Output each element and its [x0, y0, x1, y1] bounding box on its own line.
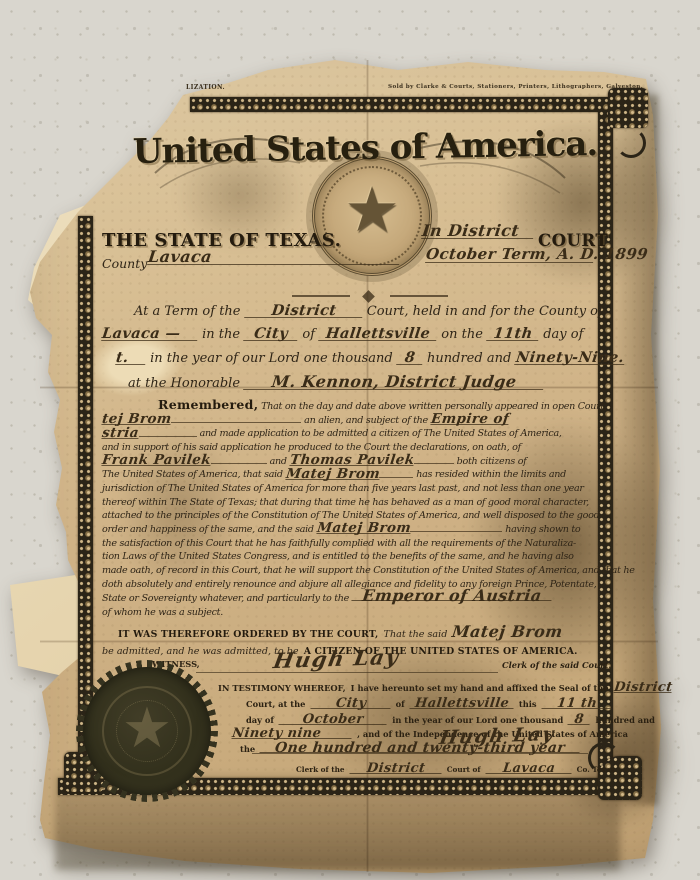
printed-text: an alien, and subject of the [304, 415, 428, 426]
day-handwritten: 11th [486, 327, 540, 341]
body-line: order and happiness of the same, and the… [102, 523, 610, 537]
printed-text: and [270, 456, 287, 467]
court-name-handwritten: District [244, 304, 364, 318]
city-name-handwritten: Hallettsville [318, 327, 438, 341]
witness-name-handwritten: Frank Pavilek [101, 456, 211, 466]
empire-handwritten: Empire of [430, 415, 509, 425]
district-handwritten: District [613, 684, 673, 693]
clerk-of-court-label: Clerk of the said Court. [502, 660, 611, 670]
printed-text: hundred and [427, 351, 511, 366]
state-of-texas-heading: THE STATE OF TEXAS. [102, 230, 341, 251]
printed-text: in the year of our Lord one thousand [150, 351, 393, 366]
applicant-name-handwritten: Matej Brom [316, 524, 411, 534]
body-line: The United States of America, that said … [102, 468, 610, 482]
clerk-signature: Hugh Lay [272, 648, 401, 671]
printed-text: tion Laws of the United States Congress,… [102, 551, 574, 562]
county-label: County [102, 256, 147, 271]
form-title-fragment: LIZATION. [186, 84, 225, 91]
border-band-top [190, 97, 618, 112]
body-line: of whom he was a subject. [102, 606, 610, 620]
body-line: tej Brom an alien, and subject of the Em… [102, 414, 610, 428]
month-fragment-handwritten: t. [115, 351, 147, 365]
printed-text: both citizens of [457, 456, 527, 467]
city-word-handwritten: City [243, 327, 299, 341]
printed-text: having shown to [505, 524, 580, 535]
district-court-seal: ★ [76, 660, 218, 802]
printed-text: order and happiness of the same, and the… [102, 524, 314, 535]
photographed-document: LIZATION. Sold by Clarke & Courts, Stati… [0, 0, 700, 880]
applicant-name-handwritten: Matej Brom [285, 470, 380, 480]
body-line: made oath, of record in this Court, that… [102, 564, 610, 578]
preamble-line: At a Term of the District Court, held in… [134, 304, 603, 319]
county-handwritten: Lavaca [485, 765, 572, 774]
printed-text: The United States of America, that said [102, 470, 283, 481]
body-paragraph: Remembered, That on the day and date abo… [102, 398, 610, 619]
printed-text: day of [543, 327, 583, 342]
printed-text: Clerk of the [296, 765, 345, 774]
clerk-signature-bottom: Hugh Lay [438, 726, 556, 747]
printed-text: and made application to be admitted a ci… [200, 429, 562, 440]
printed-text: at the Honorable [128, 376, 240, 391]
preamble-line: t. in the year of our Lord one thousand … [116, 351, 625, 366]
body-line: jurisdiction of The United States of Ame… [102, 482, 610, 496]
emperor-of-austria-handwritten: Emperor of Austria [351, 591, 552, 601]
border-corner-top-right [602, 88, 654, 168]
remembered-word: Remembered, [158, 397, 258, 412]
preamble-line: at the Honorable M. Kennon, District Jud… [128, 375, 544, 391]
signature-rule [272, 672, 498, 673]
printed-text: At a Term of the [134, 304, 241, 319]
term-value-handwritten: October Term, A. D. 1899 [425, 248, 595, 263]
body-line: tion Laws of the United States Congress,… [102, 550, 610, 564]
printed-text: of [302, 327, 315, 342]
printed-text: Co. Texas. [577, 765, 618, 774]
printed-text: the satisfaction of this Court that he h… [102, 538, 576, 549]
court-type-handwritten: In District [421, 224, 535, 239]
printed-text: on the [441, 327, 483, 342]
document-title: United States of America. [130, 124, 601, 172]
signature-rule [252, 753, 588, 754]
printed-text: be admitted, and he was admitted, to be [102, 646, 299, 657]
printed-text: Court, held in and for the County of [367, 304, 603, 319]
year-handwritten: Ninety-Nine. [515, 351, 627, 365]
preamble-line: Lavaca — in the City of Hallettsville on… [102, 327, 583, 342]
witness-name-handwritten: Thomas Pavilek [289, 456, 415, 466]
printed-text: made oath, of record in this Court, that… [102, 565, 635, 576]
body-line: Remembered, That on the day and date abo… [102, 398, 610, 414]
judge-name-handwritten: M. Kennon, District Judge [243, 375, 545, 390]
body-line: stria and made application to be admitte… [102, 427, 610, 441]
eight-handwritten: 8 [396, 351, 424, 365]
printer-imprint: Sold by Clarke & Courts, Stationers, Pri… [388, 84, 643, 90]
body-line: State or Sovereignty whatever, and parti… [102, 591, 610, 606]
county-value-handwritten: Lavaca [147, 250, 401, 265]
applicant-name-handwritten: Matej Brom [452, 625, 564, 639]
divider-ornament [292, 292, 448, 300]
printed-text: jurisdiction of The United States of Ame… [102, 483, 584, 494]
district-handwritten: District [349, 765, 442, 774]
printed-text: of whom he was a subject. [102, 607, 223, 618]
printed-text: thereof within The State of Texas; that … [102, 497, 589, 508]
printed-text: in the [202, 327, 240, 342]
applicant-name-fragment-handwritten: tej Brom [101, 415, 172, 425]
seal-star-icon: ★ [76, 696, 218, 761]
body-line: thereof within The State of Texas; that … [102, 496, 610, 510]
county-handwritten: Lavaca — [101, 327, 199, 341]
clerk-attestation-line: Clerk of the District Court of Lavaca Co… [296, 757, 617, 776]
body-line: the satisfaction of this Court that he h… [102, 537, 610, 551]
printed-text: State or Sovereignty whatever, and parti… [102, 593, 349, 604]
printed-text: has resided within the limits and [416, 470, 566, 481]
printed-text: Court of [447, 765, 481, 774]
austria-fragment-handwritten: stria [101, 429, 139, 439]
